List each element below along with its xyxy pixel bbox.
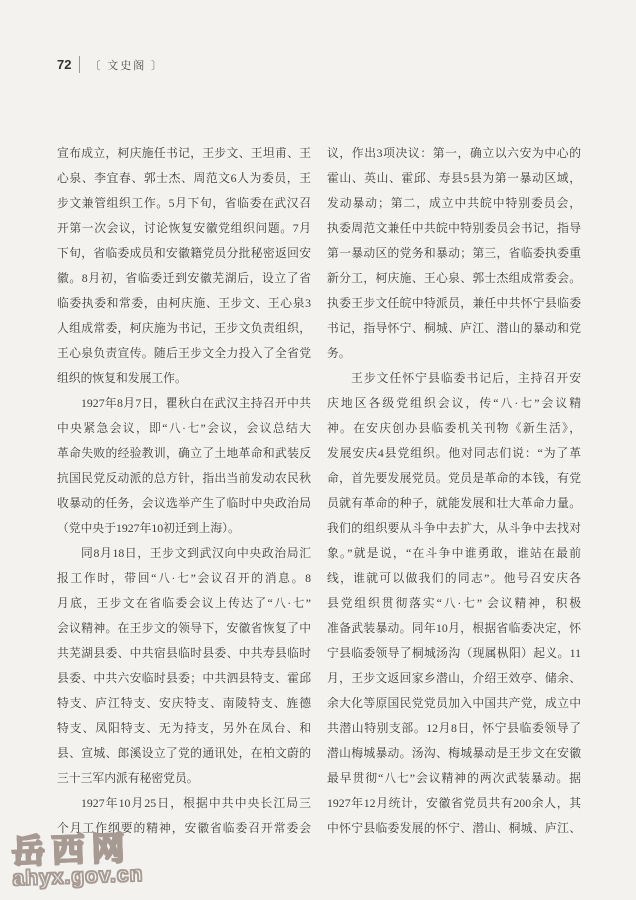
text-column-left: 宣布成立，柯庆施任书记，王步文、王坦甫、王心泉、李宜春、郭士杰、周范文6人为委员… [57, 141, 311, 841]
text-line: 务。 [327, 341, 581, 366]
text-line: 步文兼管组织工作。5月下旬，省临委在武汉召 [57, 191, 311, 216]
text-line: 最早贯彻“八七”会议精神的两次武装暴动。据 [327, 766, 581, 791]
text-line: 1927年8月7日，瞿秋白在武汉主持召开中共 [57, 391, 311, 416]
watermark-site-url: ahyx.gov.cn [12, 864, 144, 891]
text-line: 王心泉负责宣传。随后王步文全力投入了全省党 [57, 341, 311, 366]
text-line: 我们的组织要从斗争中去扩大，从斗争中去找对 [327, 516, 581, 541]
running-head: 72 〔 文史阁 〕 [57, 56, 164, 73]
text-line: 命，首先要发展党员。党员是革命的本钱，有党 [327, 466, 581, 491]
text-line: 县、宣城、郎溪设立了党的通讯处，在柏文蔚的 [57, 741, 311, 766]
text-line: 月底，王步文在省临委会议上传达了“八·七” [57, 591, 311, 616]
text-line: 抗国民党反动派的总方针，指出当前发动农民秋 [57, 466, 311, 491]
text-line: 庆地区各级党组织会议，传“八·七”会议精 [327, 391, 581, 416]
text-line: 员就有革命的种子，就能发展和壮大革命力量。 [327, 491, 581, 516]
paragraph: 1927年8月7日，瞿秋白在武汉主持召开中共中央紧急会议，即“八·七”会议，会议… [57, 391, 311, 541]
text-line: 议，作出3项决议：第一，确立以六安为中心的 [327, 141, 581, 166]
section-label: 〔 文史阁 〕 [89, 57, 164, 73]
text-line: 线，谁就可以做我们的同志”。他号召安庆各 [327, 566, 581, 591]
text-line: 临委执委和常委，由柯庆施、王步文、王心泉3 [57, 291, 311, 316]
paragraph: 王步文任怀宁县临委书记后，主持召开安庆地区各级党组织会议，传“八·七”会议精神。… [327, 366, 581, 841]
text-line: 中怀宁县临委发展的怀宁、潜山、桐城、庐江、 [327, 816, 581, 841]
text-line: 人组成常委，柯庆施为书记，王步文负责组织， [57, 316, 311, 341]
text-line: 第一暴动区的党务和暴动；第三，省临委执委重 [327, 241, 581, 266]
text-line: 心泉、李宜春、郭士杰、周范文6人为委员，王 [57, 166, 311, 191]
text-line: 发动暴动；第二，成立中共皖中特别委员会， [327, 191, 581, 216]
text-line: 准备武装暴动。同年10月，根据省临委决定，怀 [327, 616, 581, 641]
text-line: 三十三军内派有秘密党员。 [57, 766, 311, 791]
text-line: 徽。8月初，省临委迁到安徽芜湖后，设立了省 [57, 266, 311, 291]
text-line: 象。”就是说，“在斗争中谁勇敢，谁站在最前 [327, 541, 581, 566]
text-line: 神。在安庆创办县临委机关刊物《新生活》， [327, 416, 581, 441]
text-line: 县委、中共六安临时县委；中共泗县特支、霍邱 [57, 666, 311, 691]
text-line: 发展安庆4县党组织。他对同志们说：“为了革 [327, 441, 581, 466]
text-line: 宣布成立，柯庆施任书记，王步文、王坦甫、王 [57, 141, 311, 166]
text-line: 收暴动的任务，会议选举产生了临时中央政治局 [57, 491, 311, 516]
text-line: 执委周范文兼任中共皖中特别委员会书记，指导 [327, 216, 581, 241]
text-line: 执委王步文任皖中特派员，兼任中共怀宁县临委 [327, 291, 581, 316]
text-line: 革命失败的经验教训，确立了土地革命和武装反 [57, 441, 311, 466]
text-line: 开第一次会议，讨论恢复安徽党组织问题。7月 [57, 216, 311, 241]
text-line: 宁县临委领导了桐城汤沟（现属枞阳）起义。11 [327, 641, 581, 666]
text-line: 新分工，柯庆施、王心泉、郭士杰组成常委会。 [327, 266, 581, 291]
text-line: 1927年10月25日，根据中共中央长江局三 [57, 791, 311, 816]
paragraph: 1927年10月25日，根据中共中央长江局三个月工作纲要的精神，安徽省临委召开常… [57, 791, 311, 841]
text-line: 月，王步文返回家乡潜山，介绍王效亭、储余、 [327, 666, 581, 691]
text-line: 同8月18日，王步文到武汉向中央政治局汇 [57, 541, 311, 566]
page-number: 72 [57, 57, 71, 72]
text-line: 报工作时，带回“八·七”会议召开的消息。8 [57, 566, 311, 591]
text-column-right: 议，作出3项决议：第一，确立以六安为中心的霍山、英山、霍邱、寿县5县为第一暴动区… [327, 141, 581, 841]
text-line: 特支、凤阳特支、无为持支，另外在凤台、和 [57, 716, 311, 741]
text-line: 霍山、英山、霍邱、寿县5县为第一暴动区域， [327, 166, 581, 191]
paragraph: 同8月18日，王步文到武汉向中央政治局汇报工作时，带回“八·七”会议召开的消息。… [57, 541, 311, 791]
text-line: 共芜湖县委、中共宿县临时县委、中共寿县临时 [57, 641, 311, 666]
text-line: 余大化等原国民党党员加入中国共产党，成立中 [327, 691, 581, 716]
text-line: 下旬，省临委成员和安徽籍党员分批秘密返回安 [57, 241, 311, 266]
paragraph: 宣布成立，柯庆施任书记，王步文、王坦甫、王心泉、李宜春、郭士杰、周范文6人为委员… [57, 141, 311, 391]
text-line: 书记，指导怀宁、桐城、庐江、潜山的暴动和党 [327, 316, 581, 341]
text-line: 中央紧急会议，即“八·七”会议，会议总结大 [57, 416, 311, 441]
text-line: 王步文任怀宁县临委书记后，主持召开安 [327, 366, 581, 391]
text-line: 特支、庐江特支、安庆特支、南陵特支、旌德 [57, 691, 311, 716]
text-line: 组织的恢复和发展工作。 [57, 366, 311, 391]
text-line: 县党组织贯彻落实“八·七” 会议精神，积极 [327, 591, 581, 616]
text-line: 潜山梅城暴动。汤沟、梅城暴动是王步文在安徽 [327, 741, 581, 766]
text-line: 共潜山特别支部。12月8日，怀宁县临委领导了 [327, 716, 581, 741]
paragraph: 议，作出3项决议：第一，确立以六安为中心的霍山、英山、霍邱、寿县5县为第一暴动区… [327, 141, 581, 366]
text-line: 个月工作纲要的精神，安徽省临委召开常委会 [57, 816, 311, 841]
text-line: 会议精神。在王步文的领导下，安徽省恢复了中 [57, 616, 311, 641]
text-line: （党中央于1927年10初迁到上海）。 [57, 516, 311, 541]
text-line: 1927年12月统计，安徽省党员共有200余人，其 [327, 791, 581, 816]
header-divider [79, 56, 80, 73]
